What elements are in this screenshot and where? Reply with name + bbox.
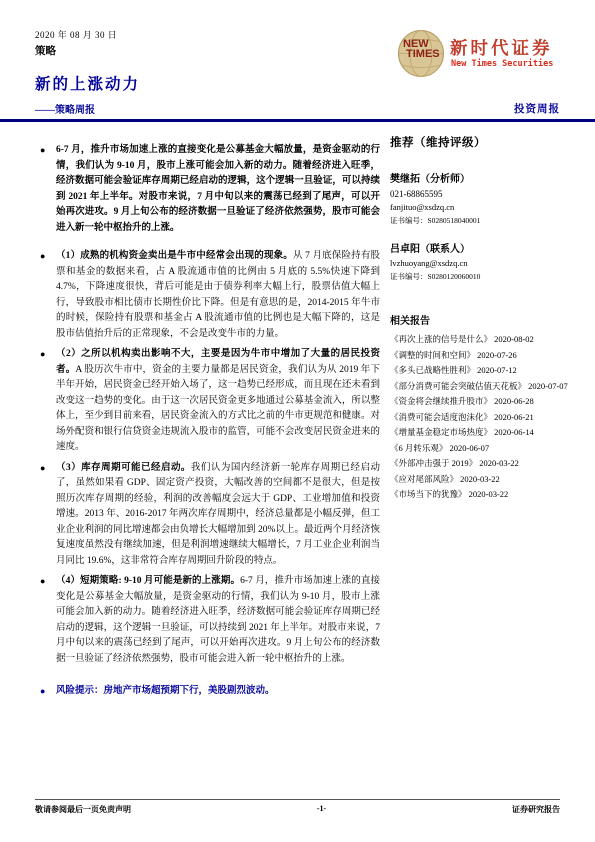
related-report-item: 《资金将会继续推升股市》 2020-06-28: [390, 394, 568, 410]
footer-disclaimer: 敬请参阅最后一页免责声明: [35, 804, 131, 815]
logo-text-times: TIMES: [406, 49, 440, 60]
contact-cert-number: 证书编号：S0280120060010: [390, 271, 568, 282]
contact-block: 吕卓阳（联系人） lvzhuoyang@xsdzq.cn 证书编号：S02801…: [390, 240, 568, 282]
related-report-item: 《市场当下的犹豫》 2020-03-22: [390, 487, 568, 503]
subtitle-row: ——策略周报 投资周报: [35, 101, 560, 116]
related-reports-list: 《再次上涨的信号是什么》 2020-08-02 《调整的时间和空间》 2020-…: [390, 332, 568, 503]
report-type-label: 投资周报: [514, 101, 560, 116]
related-report-item: 《再次上涨的信号是什么》 2020-08-02: [390, 332, 568, 348]
page-number: -1-: [317, 804, 326, 815]
report-date: 2020 年 08 月 30 日: [35, 28, 117, 41]
analyst-email: fanjituo@xsdzq.cn: [390, 202, 568, 212]
contact-name: 吕卓阳（联系人）: [390, 240, 568, 255]
analyst-block: 樊继拓（分析师） 021-68865595 fanjituo@xsdzq.cn …: [390, 170, 568, 226]
paragraph-text: 我们认为国内经济新一轮库存周期已经启动了，虽然如果看 GDP、固定资产投资，大幅…: [56, 463, 380, 566]
rating-label: 推荐（维持评级）: [390, 134, 568, 150]
footer-report-type: 证券研究报告: [512, 804, 560, 815]
paragraph-lead: （1）成熟的机构资金卖出是牛市中经常会出现的现象。: [56, 251, 293, 261]
paragraph-text: 从 7 月底保险持有股票和基金的数据来看，占 A 股流通市值的比例由 5 月底的…: [56, 251, 380, 339]
paragraph-text: 6-7 月，推升市场加速上涨的直接变化是公募基金大幅放量，是资金驱动的行情，我们…: [56, 576, 380, 664]
related-report-item: 《应对尾部风险》 2020-03-22: [390, 472, 568, 488]
report-category: 策略: [35, 43, 56, 58]
contact-email: lvzhuoyang@xsdzq.cn: [390, 258, 568, 268]
brand-name-cn: 新时代证券: [450, 35, 553, 60]
related-reports-title: 相关报告: [390, 312, 568, 327]
report-subtitle: ——策略周报: [35, 101, 95, 116]
paragraph-lead: 6-7 月，推升市场加速上涨的直接变化是公募基金大幅放量，是资金驱动的行情，我们…: [56, 145, 380, 233]
report-sidebar: 推荐（维持评级） 樊继拓（分析师） 021-68865595 fanjituo@…: [390, 134, 568, 503]
bullet-icon: ●: [40, 249, 56, 342]
paragraph-lead: （3）库存周期可能已经启动。: [56, 463, 191, 473]
bullet-icon: ●: [40, 574, 56, 667]
report-title: 新的上涨动力: [35, 72, 140, 94]
bullet-icon: ●: [40, 684, 56, 700]
page-footer: 敬请参阅最后一页免责声明 -1- 证券研究报告: [35, 804, 560, 815]
bullet-icon: ●: [40, 347, 56, 456]
risk-warning: ● 风险提示：房地产市场超预期下行，美股剧烈波动。: [40, 684, 380, 700]
point-1-paragraph: ● （1）成熟的机构资金卖出是牛市中经常会出现的现象。从 7 月底保险持有股票和…: [40, 249, 380, 342]
related-report-item: 《增量基金稳定市场热度》 2020-06-14: [390, 425, 568, 441]
related-report-item: 《消费可能会适度泡沫化》 2020-06-21: [390, 410, 568, 426]
report-page: 2020 年 08 月 30 日 策略 NEW TIMES 新时代证券 New …: [0, 0, 595, 842]
bullet-icon: ●: [40, 143, 56, 236]
related-report-item: 《6 月转乐观》 2020-06-07: [390, 441, 568, 457]
analyst-cert-number: 证书编号：S0280518040001: [390, 215, 568, 226]
summary-paragraph: ● 6-7 月，推升市场加速上涨的直接变化是公募基金大幅放量，是资金驱动的行情，…: [40, 143, 380, 236]
brand-logo: NEW TIMES 新时代证券 New Times Securities: [398, 28, 568, 78]
report-body: ● 6-7 月，推升市场加速上涨的直接变化是公募基金大幅放量，是资金驱动的行情，…: [40, 143, 380, 705]
point-2-paragraph: ● （2）之所以机构卖出影响不大，主要是因为牛市中增加了大量的居民投资者。A 股…: [40, 347, 380, 456]
point-4-paragraph: ● （4）短期策略: 9-10 月可能是新的上涨期。6-7 月，推升市场加速上涨…: [40, 574, 380, 667]
bullet-icon: ●: [40, 461, 56, 570]
analyst-name: 樊继拓（分析师）: [390, 170, 568, 185]
paragraph-lead: （4）短期策略: 9-10 月可能是新的上涨期。: [56, 576, 240, 586]
related-report-item: 《调整的时间和空间》 2020-07-26: [390, 348, 568, 364]
brand-name-en: New Times Securities: [451, 59, 553, 69]
paragraph-text: A 股历次牛市中，资金的主要力量都是居民资金，我们认为从 2019 年下半年开始…: [56, 365, 380, 453]
related-report-item: 《外部冲击强于 2019》 2020-03-22: [390, 456, 568, 472]
footer-divider: [35, 799, 560, 800]
related-report-item: 《多头已战略性胜利》 2020-07-12: [390, 363, 568, 379]
related-report-item: 《部分消费可能会突破估值天花板》 2020-07-07: [390, 379, 568, 395]
header-divider: [0, 119, 595, 122]
point-3-paragraph: ● （3）库存周期可能已经启动。我们认为国内经济新一轮库存周期已经启动了，虽然如…: [40, 461, 380, 570]
analyst-phone: 021-68865595: [390, 189, 568, 199]
risk-warning-text: 风险提示：房地产市场超预期下行，美股剧烈波动。: [56, 684, 380, 700]
